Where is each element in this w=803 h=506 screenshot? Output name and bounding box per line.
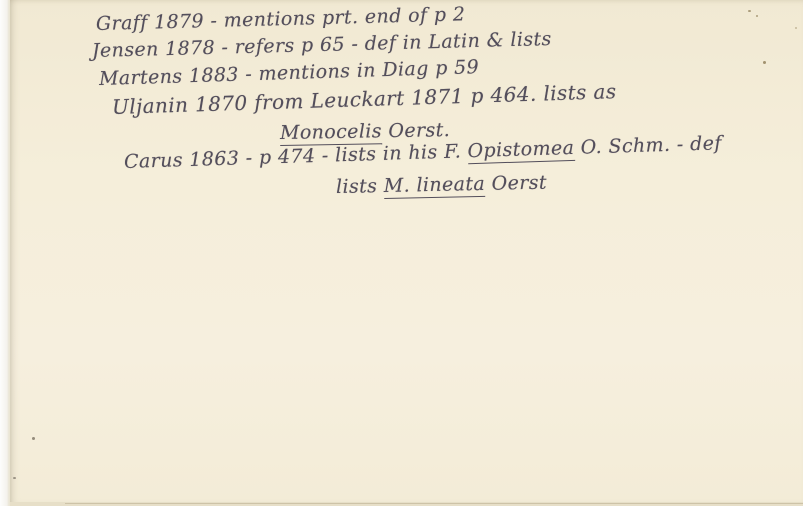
scanner-background: Graff 1879 - mentions prt. end of p 2 Je… [0, 0, 803, 506]
handwriting-segment-underlined: M. lineata [383, 173, 485, 199]
handwriting-segment: Graff 1879 - mentions prt. end of p 2 [96, 3, 466, 35]
paper-speck [32, 437, 35, 440]
handwriting-segment: lists [336, 175, 384, 198]
handwriting-segment: Oerst [485, 172, 547, 195]
handwriting-segment: O. Schm. - def [574, 132, 722, 159]
index-card: Graff 1879 - mentions prt. end of p 2 Je… [10, 0, 803, 506]
paper-speck [748, 10, 751, 12]
handwritten-line-graff: Graff 1879 - mentions prt. end of p 2 [96, 3, 466, 35]
handwriting-segment-underlined: Opistomea [467, 137, 575, 164]
handwriting-segment: Oerst. [382, 119, 451, 142]
paper-speck [763, 61, 766, 64]
handwriting-segment: Carus 1863 - p 474 - lists in his F. [124, 140, 468, 173]
handwritten-line-monocelis: Monocelis Oerst. [280, 119, 450, 144]
handwritten-line-lineata: lists M. lineata Oerst [336, 172, 547, 198]
handwriting-segment-underlined: Monocelis [280, 120, 382, 146]
paper-speck [13, 477, 16, 479]
paper-speck [756, 15, 758, 17]
paper-speck [795, 27, 797, 29]
